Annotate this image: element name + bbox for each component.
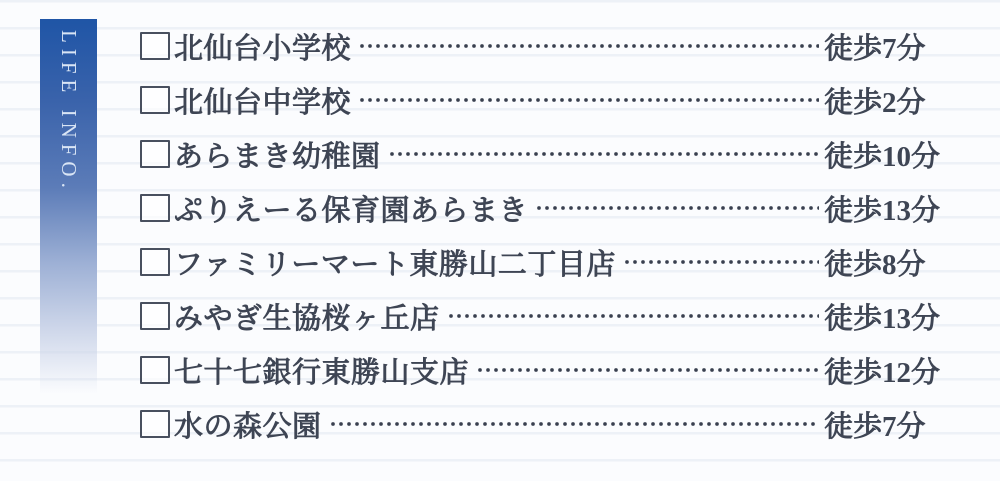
checkbox-icon — [140, 32, 170, 60]
walk-time: 徒歩12分 — [824, 350, 972, 391]
facility-row: 水の森公園 徒歩7分 — [140, 397, 972, 451]
life-info-ribbon: LIFE INFO. — [40, 19, 97, 394]
facility-row: ぷりえーる保育園あらまき 徒歩13分 — [140, 181, 972, 235]
dotted-leader — [447, 311, 819, 321]
facility-name: 北仙台中学校 — [174, 80, 351, 121]
dotted-leader — [388, 149, 819, 159]
walk-time: 徒歩7分 — [824, 404, 972, 445]
checkbox-icon — [140, 356, 170, 384]
dotted-leader — [476, 365, 819, 375]
dotted-leader — [535, 203, 819, 213]
facility-row: ファミリーマート東勝山二丁目店 徒歩8分 — [140, 235, 972, 289]
checkbox-icon — [140, 248, 170, 276]
walk-time: 徒歩10分 — [824, 134, 972, 175]
dotted-leader — [358, 41, 819, 51]
facility-name: ぷりえーる保育園あらまき — [174, 188, 528, 229]
facility-name: 水の森公園 — [174, 404, 322, 445]
facility-row: みやぎ生協桜ヶ丘店 徒歩13分 — [140, 289, 972, 343]
facility-row: 北仙台小学校 徒歩7分 — [140, 19, 972, 73]
facility-name: 七十七銀行東勝山支店 — [174, 350, 469, 391]
checkbox-icon — [140, 302, 170, 330]
walk-time: 徒歩8分 — [824, 242, 972, 283]
facility-list: 北仙台小学校 徒歩7分 北仙台中学校 徒歩2分 あらまき幼稚園 徒歩10分 ぷり… — [140, 19, 972, 451]
dotted-leader — [358, 95, 819, 105]
facility-row: あらまき幼稚園 徒歩10分 — [140, 127, 972, 181]
checkbox-icon — [140, 194, 170, 222]
life-info-ribbon-label: LIFE INFO. — [56, 19, 81, 394]
dotted-leader — [623, 257, 819, 267]
facility-name: 北仙台小学校 — [174, 26, 351, 67]
checkbox-icon — [140, 410, 170, 438]
dotted-leader — [329, 419, 819, 429]
walk-time: 徒歩7分 — [824, 26, 972, 67]
checkbox-icon — [140, 86, 170, 114]
facility-name: あらまき幼稚園 — [174, 134, 381, 175]
walk-time: 徒歩13分 — [824, 296, 972, 337]
walk-time: 徒歩13分 — [824, 188, 972, 229]
checkbox-icon — [140, 140, 170, 168]
facility-name: みやぎ生協桜ヶ丘店 — [174, 296, 440, 337]
walk-time: 徒歩2分 — [824, 80, 972, 121]
facility-name: ファミリーマート東勝山二丁目店 — [174, 242, 616, 283]
facility-row: 七十七銀行東勝山支店 徒歩12分 — [140, 343, 972, 397]
facility-row: 北仙台中学校 徒歩2分 — [140, 73, 972, 127]
life-info-panel: LIFE INFO. 北仙台小学校 徒歩7分 北仙台中学校 徒歩2分 あらまき幼… — [0, 0, 1000, 481]
